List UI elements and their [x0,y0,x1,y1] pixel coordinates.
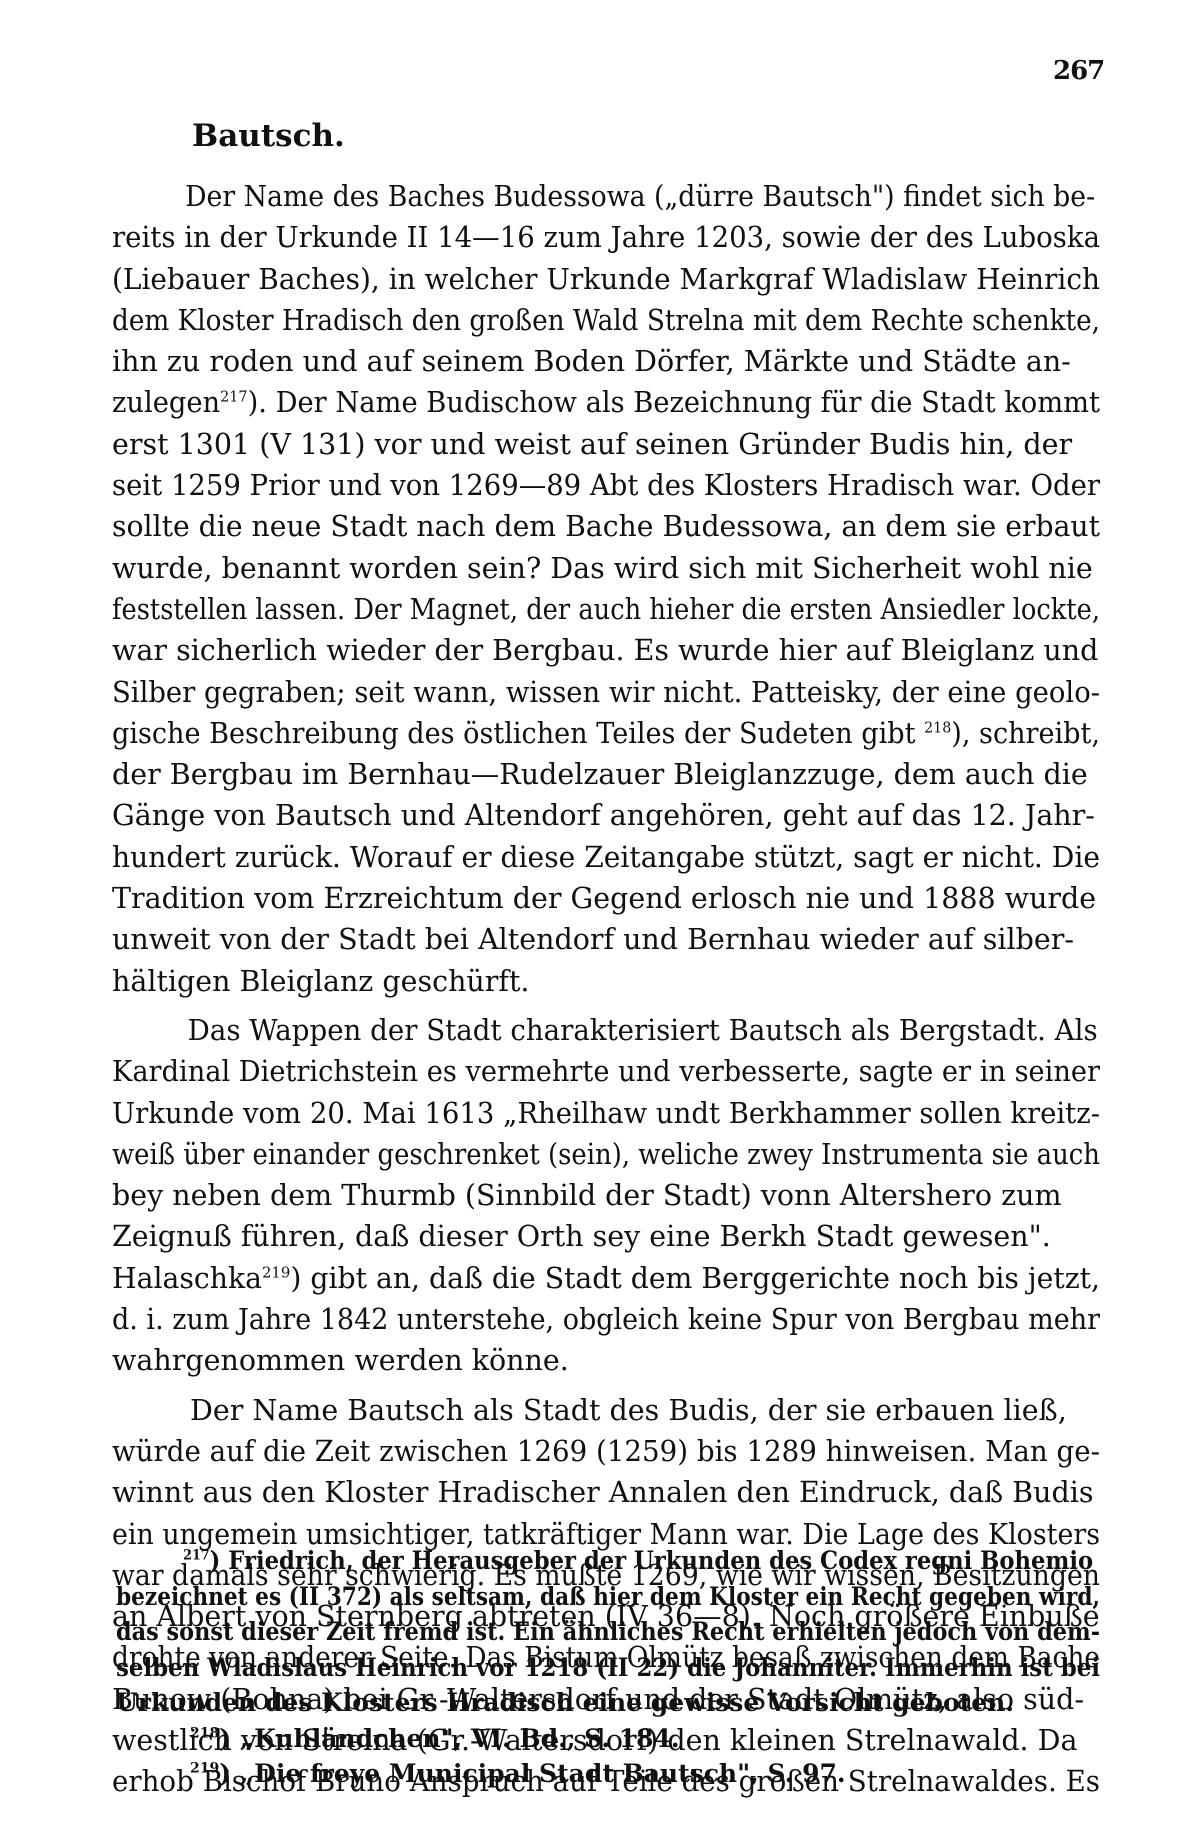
text-line: (Liebauer Baches), in welcher Urkunde Ma… [112,259,1081,300]
text-line: hundert zurück. Worauf er diese Zeitanga… [112,837,1087,878]
section-heading: Bautsch. [192,118,345,154]
footnote-219: 219) „Die freye Municipal Stadt Bautsch"… [116,1756,1100,1792]
text-line: Der Name des Baches Budessowa („dürre Ba… [112,176,1038,217]
text-line: unweit von der Stadt bei Altendorf und B… [112,919,1100,960]
text-line: gische Beschreibung des östlichen Teiles… [112,713,1051,754]
text-line: ihn zu roden und auf seinem Boden Dörfer… [112,341,1100,382]
text-line: das sonst dieser Zeit fremd ist. Ein ähn… [116,1614,997,1650]
text-line: Der Name Bautsch als Stadt des Budis, de… [112,1390,1100,1431]
text-line: selben Wladislaus Heinrich vor 1218 (II … [116,1650,1017,1686]
text-line: der Bergbau im Bernhau—Rudelzauer Bleigl… [112,754,1100,795]
footnotes: 217) Friedrich, der Herausgeber der Urku… [116,1543,1100,1792]
text-line: winnt aus den Kloster Hradischer Annalen… [112,1472,1100,1513]
footnote-mark: 219 [190,1761,219,1777]
text-line: weiß über einander geschrenket (sein), w… [112,1134,1010,1175]
text-line: bey neben dem Thurmb (Sinnbild der Stadt… [112,1175,1100,1216]
text-line: Urkunden des Klosters Hradisch eine gewi… [116,1685,1100,1721]
text-line: Halaschka219) gibt an, daß die Stadt dem… [112,1258,1092,1299]
text-line: Gänge von Bautsch und Altendorf angehöre… [112,795,1100,836]
text-line: bezeichnet es (II 372) als seltsam, daß … [116,1579,968,1615]
text-line: Zeignuß führen, daß dieser Orth sey eine… [112,1216,1100,1257]
page-number: 267 [1053,56,1104,86]
text-line: Das Wappen der Stadt charakterisiert Bau… [112,1010,1070,1051]
text-line: reits in der Urkunde II 14—16 zum Jahre … [112,217,1067,258]
text-line: war sicherlich wieder der Bergbau. Es wu… [112,630,1100,671]
text-line: erst 1301 (V 131) vor und weist auf sein… [112,424,1100,465]
footnote-ref-218[interactable]: 218 [924,718,951,736]
text-line: feststellen lassen. Der Magnet, der auch… [112,589,1003,630]
footnote-217: 217) Friedrich, der Herausgeber der Urku… [116,1543,1009,1579]
text-line: dem Kloster Hradisch den großen Wald Str… [112,300,1023,341]
footnote-ref-217[interactable]: 217 [220,388,247,406]
footnote-218: 218) „Kuhländchen", VI. Bd., S. 184. [116,1721,1100,1757]
text-line: Tradition vom Erzreichtum der Gegend erl… [112,878,1100,919]
text-line: Urkunde vom 20. Mai 1613 „Rheilhaw undt … [112,1093,1065,1134]
text-line: seit 1259 Prior und von 1269—89 Abt des … [112,465,1065,506]
text-line: wurde, benannt worden sein? Das wird sic… [112,548,1100,589]
text-line: zulegen217). Der Name Budischow als Beze… [112,382,1059,423]
text-line: hältigen Bleiglanz geschürft. [112,961,1100,1002]
footnote-mark: 218 [190,1725,219,1741]
text-line: wahrgenommen werden könne. [112,1340,1100,1381]
footnote-ref-219[interactable]: 219 [262,1263,290,1281]
text-line: d. i. zum Jahre 1842 unterstehe, obgleic… [112,1299,1048,1340]
footnote-mark: 217 [183,1548,210,1564]
text-line: sollte die neue Stadt nach dem Bache Bud… [112,506,1092,547]
text-line: Kardinal Dietrichstein es vermehrte und … [112,1051,1055,1092]
text-line: würde auf die Zeit zwischen 1269 (1259) … [112,1431,1071,1472]
text-line: Silber gegraben; seit wann, wissen wir n… [112,672,1063,713]
